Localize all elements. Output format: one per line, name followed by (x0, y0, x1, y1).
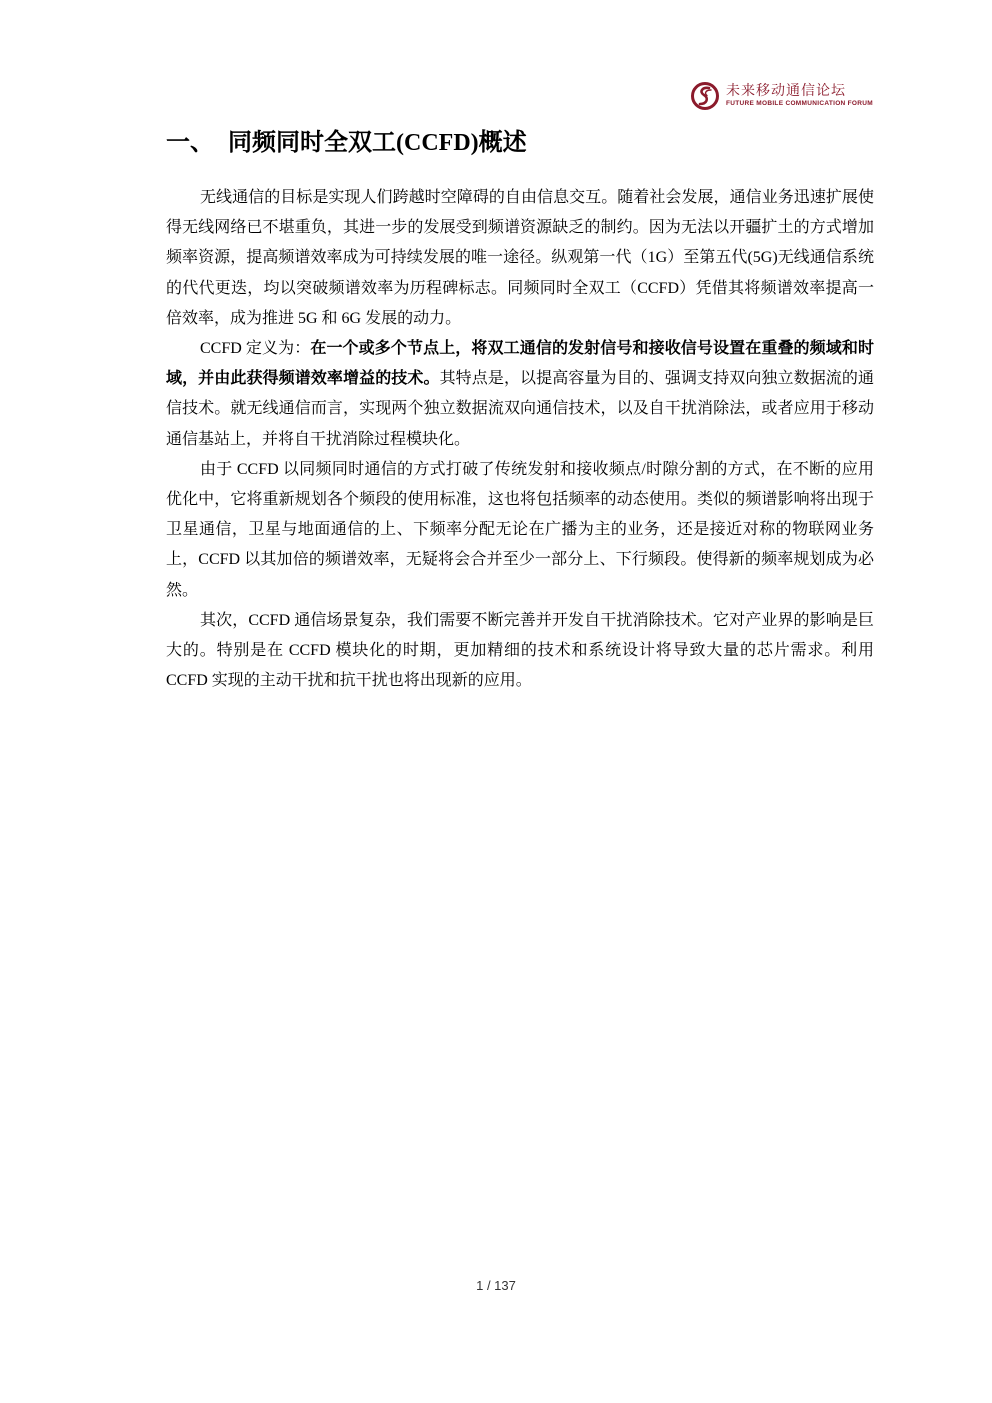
forum-logo: 未来移动通信论坛 FUTURE MOBILE COMMUNICATION FOR… (690, 79, 870, 113)
logo-english-text: FUTURE MOBILE COMMUNICATION FORUM (726, 101, 873, 108)
paragraph-industry: 其次，CCFD 通信场景复杂，我们需要不断完善并开发自干扰消除技术。它对产业界的… (166, 606, 874, 697)
logo-chinese-text: 未来移动通信论坛 (726, 84, 873, 98)
definition-lead: CCFD 定义为： (200, 340, 310, 357)
section-heading: 一、 同频同时全双工(CCFD)概述 (166, 122, 527, 157)
forum-logo-icon (690, 81, 720, 111)
paragraph-intro: 无线通信的目标是实现人们跨越时空障碍的自由信息交互。随着社会发展，通信业务迅速扩… (166, 183, 874, 334)
paragraph-definition: CCFD 定义为：在一个或多个节点上，将双工通信的发射信号和接收信号设置在重叠的… (166, 334, 874, 455)
paragraph-spectrum: 由于 CCFD 以同频同时通信的方式打破了传统发射和接收频点/时隙分割的方式，在… (166, 455, 874, 606)
section-number: 一、 (166, 122, 228, 157)
document-body: 无线通信的目标是实现人们跨越时空障碍的自由信息交互。随着社会发展，通信业务迅速扩… (166, 183, 874, 696)
page-number: 1 / 137 (0, 1278, 992, 1293)
section-title: 同频同时全双工(CCFD)概述 (228, 122, 527, 157)
